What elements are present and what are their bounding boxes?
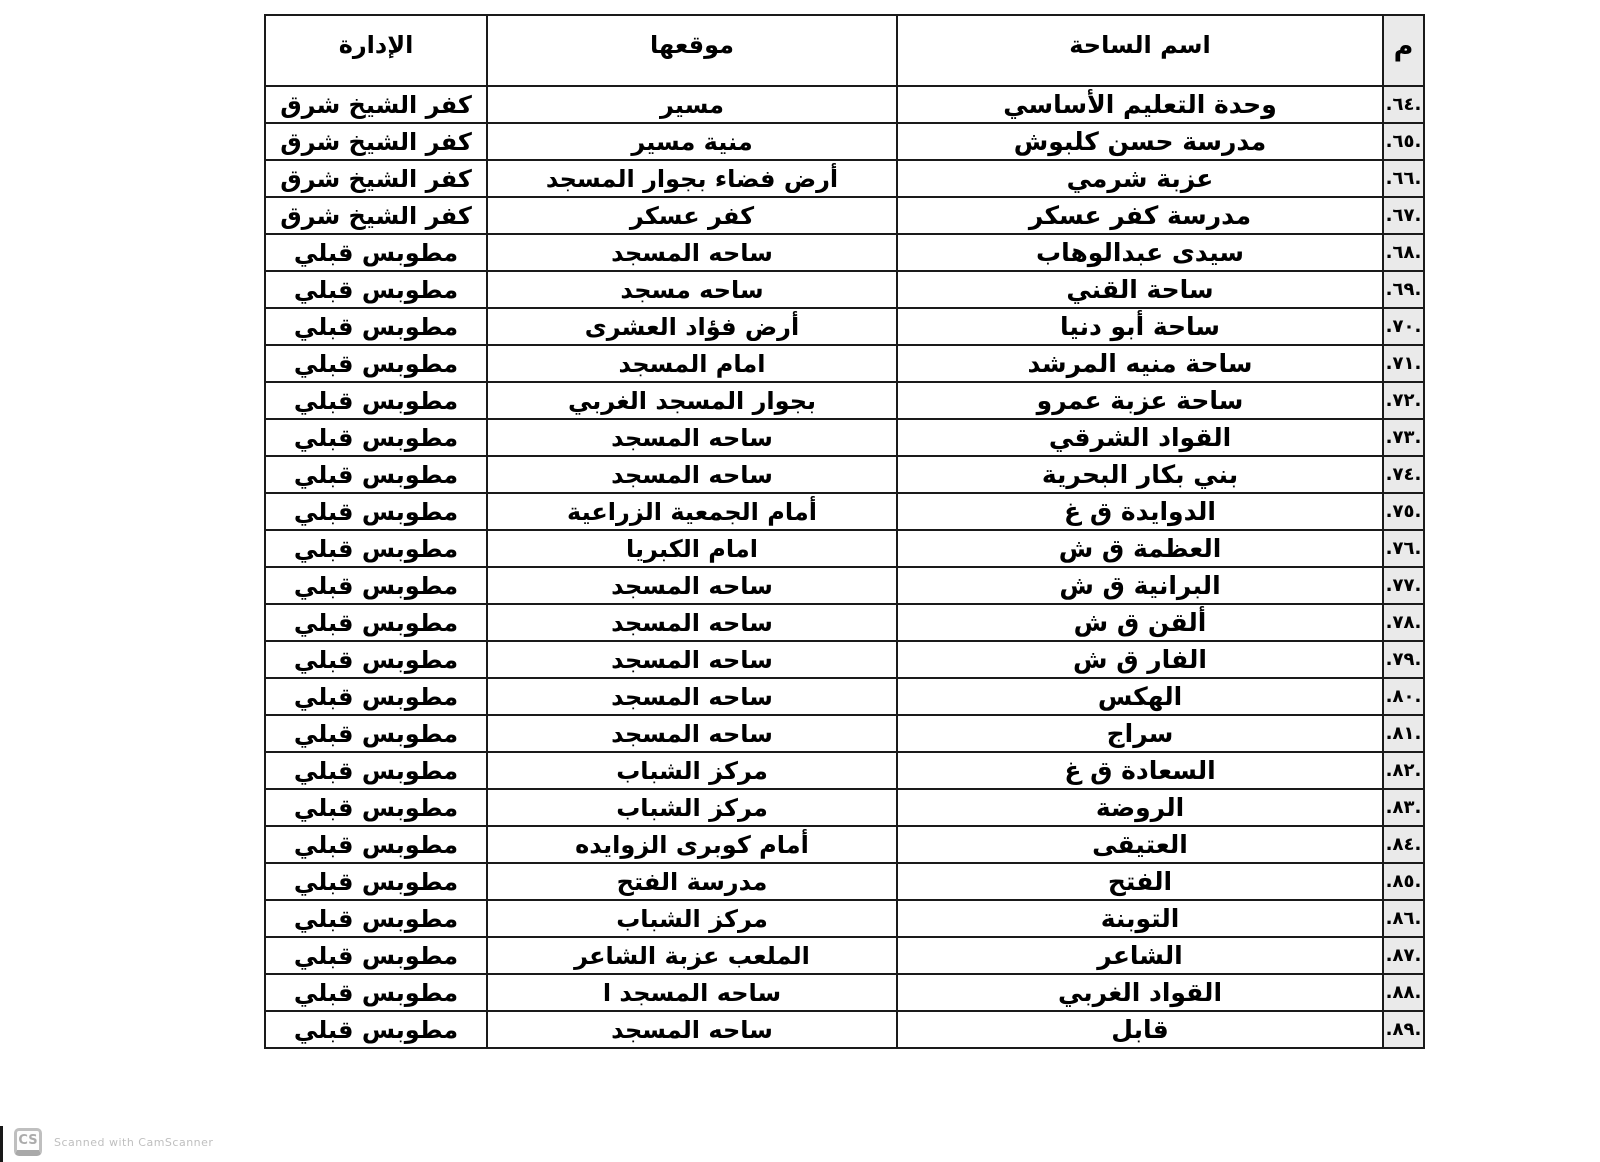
table-row: .٧٤.بني بكار البحريةساحه المسجدمطوبس قبل… bbox=[265, 456, 1424, 493]
cell-serial: .٧٦. bbox=[1383, 530, 1424, 567]
cell-serial: .٧٣. bbox=[1383, 419, 1424, 456]
cell-location: أمام كوبرى الزوايده bbox=[487, 826, 897, 863]
table-row: .٨٦.التوبنةمركز الشبابمطوبس قبلي bbox=[265, 900, 1424, 937]
cell-serial: .٧٨. bbox=[1383, 604, 1424, 641]
camscanner-logo-letters: CS bbox=[18, 1133, 37, 1148]
cell-admin: مطوبس قبلي bbox=[265, 974, 487, 1011]
cell-admin: مطوبس قبلي bbox=[265, 752, 487, 789]
cell-square-name: الفتح bbox=[897, 863, 1383, 900]
cell-location: ساحه المسجد bbox=[487, 567, 897, 604]
cell-location: بجوار المسجد الغربي bbox=[487, 382, 897, 419]
cell-serial: .٦٨. bbox=[1383, 234, 1424, 271]
cell-location: مركز الشباب bbox=[487, 900, 897, 937]
cell-location: مركز الشباب bbox=[487, 752, 897, 789]
cell-location: ساحه المسجد bbox=[487, 419, 897, 456]
header-admin: الإدارة bbox=[265, 15, 487, 86]
cell-admin: مطوبس قبلي bbox=[265, 308, 487, 345]
cell-serial: .٧٧. bbox=[1383, 567, 1424, 604]
cell-square-name: السعادة ق غ bbox=[897, 752, 1383, 789]
cell-admin: مطوبس قبلي bbox=[265, 826, 487, 863]
cell-square-name: مدرسة كفر عسكر bbox=[897, 197, 1383, 234]
cell-square-name: التوبنة bbox=[897, 900, 1383, 937]
cell-serial: .٧٢. bbox=[1383, 382, 1424, 419]
cell-square-name: ساحة القني bbox=[897, 271, 1383, 308]
cell-square-name: مدرسة حسن كلبوش bbox=[897, 123, 1383, 160]
cell-serial: .٧٩. bbox=[1383, 641, 1424, 678]
cell-square-name: بني بكار البحرية bbox=[897, 456, 1383, 493]
cell-square-name: القواد الشرقي bbox=[897, 419, 1383, 456]
cell-location: كفر عسكر bbox=[487, 197, 897, 234]
cell-admin: مطوبس قبلي bbox=[265, 1011, 487, 1048]
cell-location: ساحه المسجد bbox=[487, 604, 897, 641]
cell-location: مسير bbox=[487, 86, 897, 123]
table-body: .٦٤.وحدة التعليم الأساسيمسيركفر الشيخ شر… bbox=[265, 86, 1424, 1048]
cell-serial: .٨٣. bbox=[1383, 789, 1424, 826]
header-location: موقعها bbox=[487, 15, 897, 86]
cell-admin: كفر الشيخ شرق bbox=[265, 123, 487, 160]
cell-serial: .٨٦. bbox=[1383, 900, 1424, 937]
cell-serial: .٨٠. bbox=[1383, 678, 1424, 715]
cell-admin: كفر الشيخ شرق bbox=[265, 160, 487, 197]
cell-square-name: قابل bbox=[897, 1011, 1383, 1048]
cell-location: ساحه المسجد bbox=[487, 1011, 897, 1048]
table-row: .٧٨.ألقن ق شساحه المسجدمطوبس قبلي bbox=[265, 604, 1424, 641]
cell-location: ساحه مسجد bbox=[487, 271, 897, 308]
cell-location: منية مسير bbox=[487, 123, 897, 160]
cell-square-name: سراج bbox=[897, 715, 1383, 752]
table-row: .٦٧.مدرسة كفر عسكركفر عسكركفر الشيخ شرق bbox=[265, 197, 1424, 234]
cell-admin: مطوبس قبلي bbox=[265, 641, 487, 678]
cell-admin: مطوبس قبلي bbox=[265, 493, 487, 530]
cell-location: امام المسجد bbox=[487, 345, 897, 382]
cell-serial: .٨٩. bbox=[1383, 1011, 1424, 1048]
table-row: .٧٣.القواد الشرقيساحه المسجدمطوبس قبلي bbox=[265, 419, 1424, 456]
cell-square-name: الدوايدة ق غ bbox=[897, 493, 1383, 530]
cell-serial: .٦٧. bbox=[1383, 197, 1424, 234]
cell-admin: مطوبس قبلي bbox=[265, 937, 487, 974]
table-row: .٧٠.ساحة أبو دنياأرض فؤاد العشرىمطوبس قب… bbox=[265, 308, 1424, 345]
cell-serial: .٧٠. bbox=[1383, 308, 1424, 345]
header-serial: م bbox=[1383, 15, 1424, 86]
cell-square-name: وحدة التعليم الأساسي bbox=[897, 86, 1383, 123]
cell-serial: .٨٢. bbox=[1383, 752, 1424, 789]
cell-square-name: عزبة شرمي bbox=[897, 160, 1383, 197]
cell-square-name: ساحة منيه المرشد bbox=[897, 345, 1383, 382]
table-row: .٨٣.الروضةمركز الشبابمطوبس قبلي bbox=[265, 789, 1424, 826]
cell-location: أرض فضاء بجوار المسجد bbox=[487, 160, 897, 197]
cell-serial: .٦٩. bbox=[1383, 271, 1424, 308]
header-square-name: اسم الساحة bbox=[897, 15, 1383, 86]
table-row: .٨٤.العتيقىأمام كوبرى الزوايدهمطوبس قبلي bbox=[265, 826, 1424, 863]
cell-admin: مطوبس قبلي bbox=[265, 382, 487, 419]
cell-admin: مطوبس قبلي bbox=[265, 345, 487, 382]
cell-serial: .٨٥. bbox=[1383, 863, 1424, 900]
cell-square-name: العتيقى bbox=[897, 826, 1383, 863]
cell-location: أمام الجمعية الزراعية bbox=[487, 493, 897, 530]
table-row: .٨٢.السعادة ق غمركز الشبابمطوبس قبلي bbox=[265, 752, 1424, 789]
table-row: .٦٤.وحدة التعليم الأساسيمسيركفر الشيخ شر… bbox=[265, 86, 1424, 123]
cell-serial: .٦٦. bbox=[1383, 160, 1424, 197]
cell-location: ساحه المسجد bbox=[487, 456, 897, 493]
table-row: .٨٨.القواد الغربيساحه المسجد امطوبس قبلي bbox=[265, 974, 1424, 1011]
table-row: .٨٠.الهكسساحه المسجدمطوبس قبلي bbox=[265, 678, 1424, 715]
cell-location: أرض فؤاد العشرى bbox=[487, 308, 897, 345]
table-row: .٨٧.الشاعرالملعب عزبة الشاعرمطوبس قبلي bbox=[265, 937, 1424, 974]
cell-serial: .٨٧. bbox=[1383, 937, 1424, 974]
cell-admin: مطوبس قبلي bbox=[265, 678, 487, 715]
cell-admin: مطوبس قبلي bbox=[265, 419, 487, 456]
cell-square-name: الروضة bbox=[897, 789, 1383, 826]
table-row: .٦٨.سيدى عبدالوهابساحه المسجدمطوبس قبلي bbox=[265, 234, 1424, 271]
table-row: .٦٩.ساحة القنيساحه مسجدمطوبس قبلي bbox=[265, 271, 1424, 308]
cell-admin: مطوبس قبلي bbox=[265, 900, 487, 937]
cell-admin: مطوبس قبلي bbox=[265, 271, 487, 308]
cell-square-name: الشاعر bbox=[897, 937, 1383, 974]
table-row: .٧٧.البرانية ق شساحه المسجدمطوبس قبلي bbox=[265, 567, 1424, 604]
scanned-document-page: م اسم الساحة موقعها الإدارة .٦٤.وحدة الت… bbox=[0, 0, 1600, 1162]
cell-location: مدرسة الفتح bbox=[487, 863, 897, 900]
camscanner-watermark: CS Scanned with CamScanner bbox=[14, 1128, 213, 1156]
table-row: .٧٦.العظمة ق شامام الكبريامطوبس قبلي bbox=[265, 530, 1424, 567]
cell-admin: مطوبس قبلي bbox=[265, 234, 487, 271]
cell-location: ساحه المسجد bbox=[487, 715, 897, 752]
table-row: .٧٢.ساحة عزبة عمروبجوار المسجد الغربيمطو… bbox=[265, 382, 1424, 419]
table-row: .٨٥.الفتحمدرسة الفتحمطوبس قبلي bbox=[265, 863, 1424, 900]
cell-serial: .٦٤. bbox=[1383, 86, 1424, 123]
cell-serial: .٦٥. bbox=[1383, 123, 1424, 160]
camscanner-text: Scanned with CamScanner bbox=[54, 1136, 213, 1149]
cell-square-name: العظمة ق ش bbox=[897, 530, 1383, 567]
cell-square-name: ساحة عزبة عمرو bbox=[897, 382, 1383, 419]
camscanner-logo-icon: CS bbox=[14, 1128, 42, 1156]
cell-location: مركز الشباب bbox=[487, 789, 897, 826]
table-row: .٨٩.قابلساحه المسجدمطوبس قبلي bbox=[265, 1011, 1424, 1048]
cell-location: الملعب عزبة الشاعر bbox=[487, 937, 897, 974]
cell-admin: مطوبس قبلي bbox=[265, 715, 487, 752]
header-row: م اسم الساحة موقعها الإدارة bbox=[265, 15, 1424, 86]
table-row: .٧١.ساحة منيه المرشدامام المسجدمطوبس قبل… bbox=[265, 345, 1424, 382]
cell-square-name: القواد الغربي bbox=[897, 974, 1383, 1011]
cell-admin: مطوبس قبلي bbox=[265, 530, 487, 567]
cell-serial: .٧٥. bbox=[1383, 493, 1424, 530]
cell-square-name: ألقن ق ش bbox=[897, 604, 1383, 641]
table-row: .٧٥.الدوايدة ق غأمام الجمعية الزراعيةمطو… bbox=[265, 493, 1424, 530]
cell-admin: مطوبس قبلي bbox=[265, 567, 487, 604]
cell-admin: مطوبس قبلي bbox=[265, 789, 487, 826]
cell-admin: مطوبس قبلي bbox=[265, 604, 487, 641]
cell-square-name: سيدى عبدالوهاب bbox=[897, 234, 1383, 271]
table-row: .٦٥.مدرسة حسن كلبوشمنية مسيركفر الشيخ شر… bbox=[265, 123, 1424, 160]
cell-admin: كفر الشيخ شرق bbox=[265, 197, 487, 234]
cell-location: ساحه المسجد bbox=[487, 678, 897, 715]
cell-location: ساحه المسجد bbox=[487, 641, 897, 678]
cell-admin: مطوبس قبلي bbox=[265, 863, 487, 900]
cell-serial: .٧١. bbox=[1383, 345, 1424, 382]
squares-table: م اسم الساحة موقعها الإدارة .٦٤.وحدة الت… bbox=[264, 14, 1425, 1049]
cell-location: ساحه المسجد bbox=[487, 234, 897, 271]
table-row: .٨١.سراجساحه المسجدمطوبس قبلي bbox=[265, 715, 1424, 752]
cell-square-name: الفار ق ش bbox=[897, 641, 1383, 678]
cell-square-name: الهكس bbox=[897, 678, 1383, 715]
cell-square-name: ساحة أبو دنيا bbox=[897, 308, 1383, 345]
table-row: .٧٩.الفار ق شساحه المسجدمطوبس قبلي bbox=[265, 641, 1424, 678]
cell-serial: .٨٤. bbox=[1383, 826, 1424, 863]
cell-location: ساحه المسجد ا bbox=[487, 974, 897, 1011]
table-row: .٦٦.عزبة شرميأرض فضاء بجوار المسجدكفر ال… bbox=[265, 160, 1424, 197]
cell-serial: .٧٤. bbox=[1383, 456, 1424, 493]
cell-serial: .٨٨. bbox=[1383, 974, 1424, 1011]
cell-admin: مطوبس قبلي bbox=[265, 456, 487, 493]
cell-square-name: البرانية ق ش bbox=[897, 567, 1383, 604]
cell-location: امام الكبريا bbox=[487, 530, 897, 567]
cell-serial: .٨١. bbox=[1383, 715, 1424, 752]
cell-admin: كفر الشيخ شرق bbox=[265, 86, 487, 123]
scan-edge-artifact bbox=[0, 1126, 3, 1162]
